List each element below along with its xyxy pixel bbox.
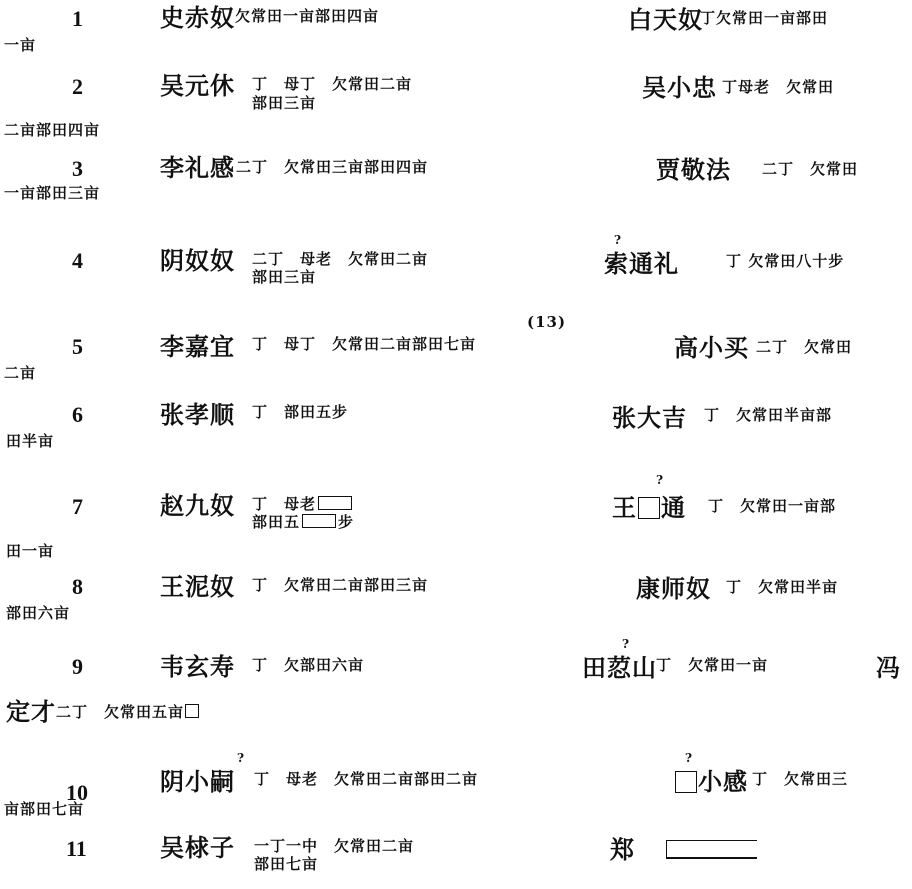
household-name: 李礼感 (160, 156, 235, 180)
lacuna-bracket (318, 496, 352, 510)
entry-number: 4 (72, 250, 83, 272)
uncertain-reading-mark: ? (614, 234, 621, 246)
household-detail: 丁 母丁 欠常田二亩 (252, 77, 412, 92)
wrapped-text: 二亩 (4, 366, 36, 381)
uncertain-reading-mark: ? (237, 752, 244, 764)
household-detail: 丁 母老 欠常田二亩部田二亩 (254, 772, 478, 787)
detail-text: 丁 母老 (252, 495, 316, 513)
household-name: 贾敬法 (656, 158, 731, 182)
household-name: 韦玄寿 (160, 655, 235, 679)
household-name: 吴小忠 (642, 76, 717, 100)
wrapped-text: 二亩部田四亩 (4, 123, 100, 138)
household-name: 阴小嗣 (160, 770, 235, 794)
missing-character-box (185, 704, 199, 718)
household-detail: 丁 欠部田六亩 (252, 658, 364, 673)
household-detail: 丁 母老 (252, 496, 354, 512)
household-detail: 丁 欠常田八十步 (726, 254, 844, 269)
uncertain-reading-mark: ? (685, 752, 692, 764)
household-name: 吴元休 (160, 74, 235, 98)
lacuna-bracket (666, 840, 757, 859)
entry-number: 2 (72, 76, 83, 98)
uncertain-reading-mark: ? (656, 474, 663, 486)
household-detail: 丁 欠常田一亩部 (708, 499, 836, 514)
household-detail: 一丁一中 欠常田二亩 (254, 839, 414, 854)
wrapped-detail: 二丁 欠常田五亩 (56, 703, 184, 721)
household-detail: 丁 欠常田半亩 (726, 580, 838, 595)
household-detail: 丁 部田五步 (252, 405, 348, 420)
wrapped-text: 部田六亩 (6, 606, 70, 621)
entry-number: 3 (72, 158, 83, 180)
household-detail: 二丁 欠常田三亩部田四亩 (236, 160, 428, 175)
household-detail: 丁 母丁 欠常田二亩部田七亩 (252, 337, 476, 352)
entry-number: 8 (72, 576, 83, 598)
household-subdetail: 部田三亩 (252, 270, 316, 285)
name-part: 王 (612, 493, 637, 522)
household-name: 田荵山 (582, 656, 657, 680)
household-name: 高小买 (674, 336, 749, 360)
household-name: 王泥奴 (160, 575, 235, 599)
household-name: 阴奴奴 (160, 249, 235, 273)
household-name: 白天奴 (628, 8, 703, 32)
household-name: 康师奴 (636, 577, 711, 601)
household-name: 史赤奴 (160, 6, 235, 30)
household-name: 张孝顺 (160, 403, 235, 427)
household-name: 吴梂子 (160, 836, 235, 860)
household-detail: 丁 欠常田半亩部 (704, 408, 832, 423)
uncertain-reading-mark: ? (622, 638, 629, 650)
household-name: 赵九奴 (160, 494, 235, 518)
household-name: 索通礼 (604, 252, 679, 276)
wrapped-text: 一亩 (4, 38, 36, 53)
name-part: 小感 (698, 767, 748, 796)
household-detail: 二丁 母老 欠常田二亩 (252, 252, 428, 267)
wrapped-text: 亩部田七亩 (4, 802, 84, 817)
entry-number: 9 (72, 656, 83, 678)
household-name: 张大吉 (612, 406, 687, 430)
household-subdetail: 部田七亩 (254, 857, 318, 872)
missing-character-box (638, 497, 660, 519)
wrapped-text: 田一亩 (6, 544, 54, 559)
entry-number: 1 (72, 8, 83, 30)
household-detail: 丁欠常田一亩部田 (700, 11, 828, 26)
subdetail-text: 部田五 (252, 513, 300, 531)
household-detail: 丁 欠常田一亩 (656, 658, 768, 673)
entry-number: 6 (72, 404, 83, 426)
footnote-marker: (13) (527, 315, 566, 330)
household-name-start: 冯 (876, 656, 901, 680)
wrapped-text: 田半亩 (6, 434, 54, 449)
wrapped-text: 一亩部田三亩 (4, 186, 100, 201)
household-name-continued: 定才 (6, 700, 56, 724)
wrapped-text: 二丁 欠常田五亩 (56, 704, 199, 720)
entry-number: 11 (66, 838, 87, 860)
household-detail: 二丁 欠常田 (756, 340, 852, 355)
household-detail: 丁 欠常田三 (752, 772, 848, 787)
subdetail-end: 步 (338, 513, 354, 531)
household-detail: 丁 欠常田二亩部田三亩 (252, 578, 428, 593)
household-subdetail: 部田五步 (252, 514, 354, 530)
household-name: 郑 (610, 838, 635, 862)
missing-character-box (675, 771, 697, 793)
household-detail: 欠常田一亩部田四亩 (235, 9, 379, 24)
household-detail: 丁母老 欠常田 (722, 80, 834, 95)
entry-number: 5 (72, 336, 83, 358)
household-detail: 二丁 欠常田 (762, 162, 858, 177)
entry-number: 7 (72, 496, 83, 518)
household-name: 王通 (612, 496, 686, 520)
household-subdetail: 部田三亩 (252, 96, 316, 111)
household-name: 李嘉宜 (160, 335, 235, 359)
lacuna-bracket (302, 514, 336, 528)
name-part: 通 (661, 493, 686, 522)
household-name: 小感 (674, 770, 748, 794)
